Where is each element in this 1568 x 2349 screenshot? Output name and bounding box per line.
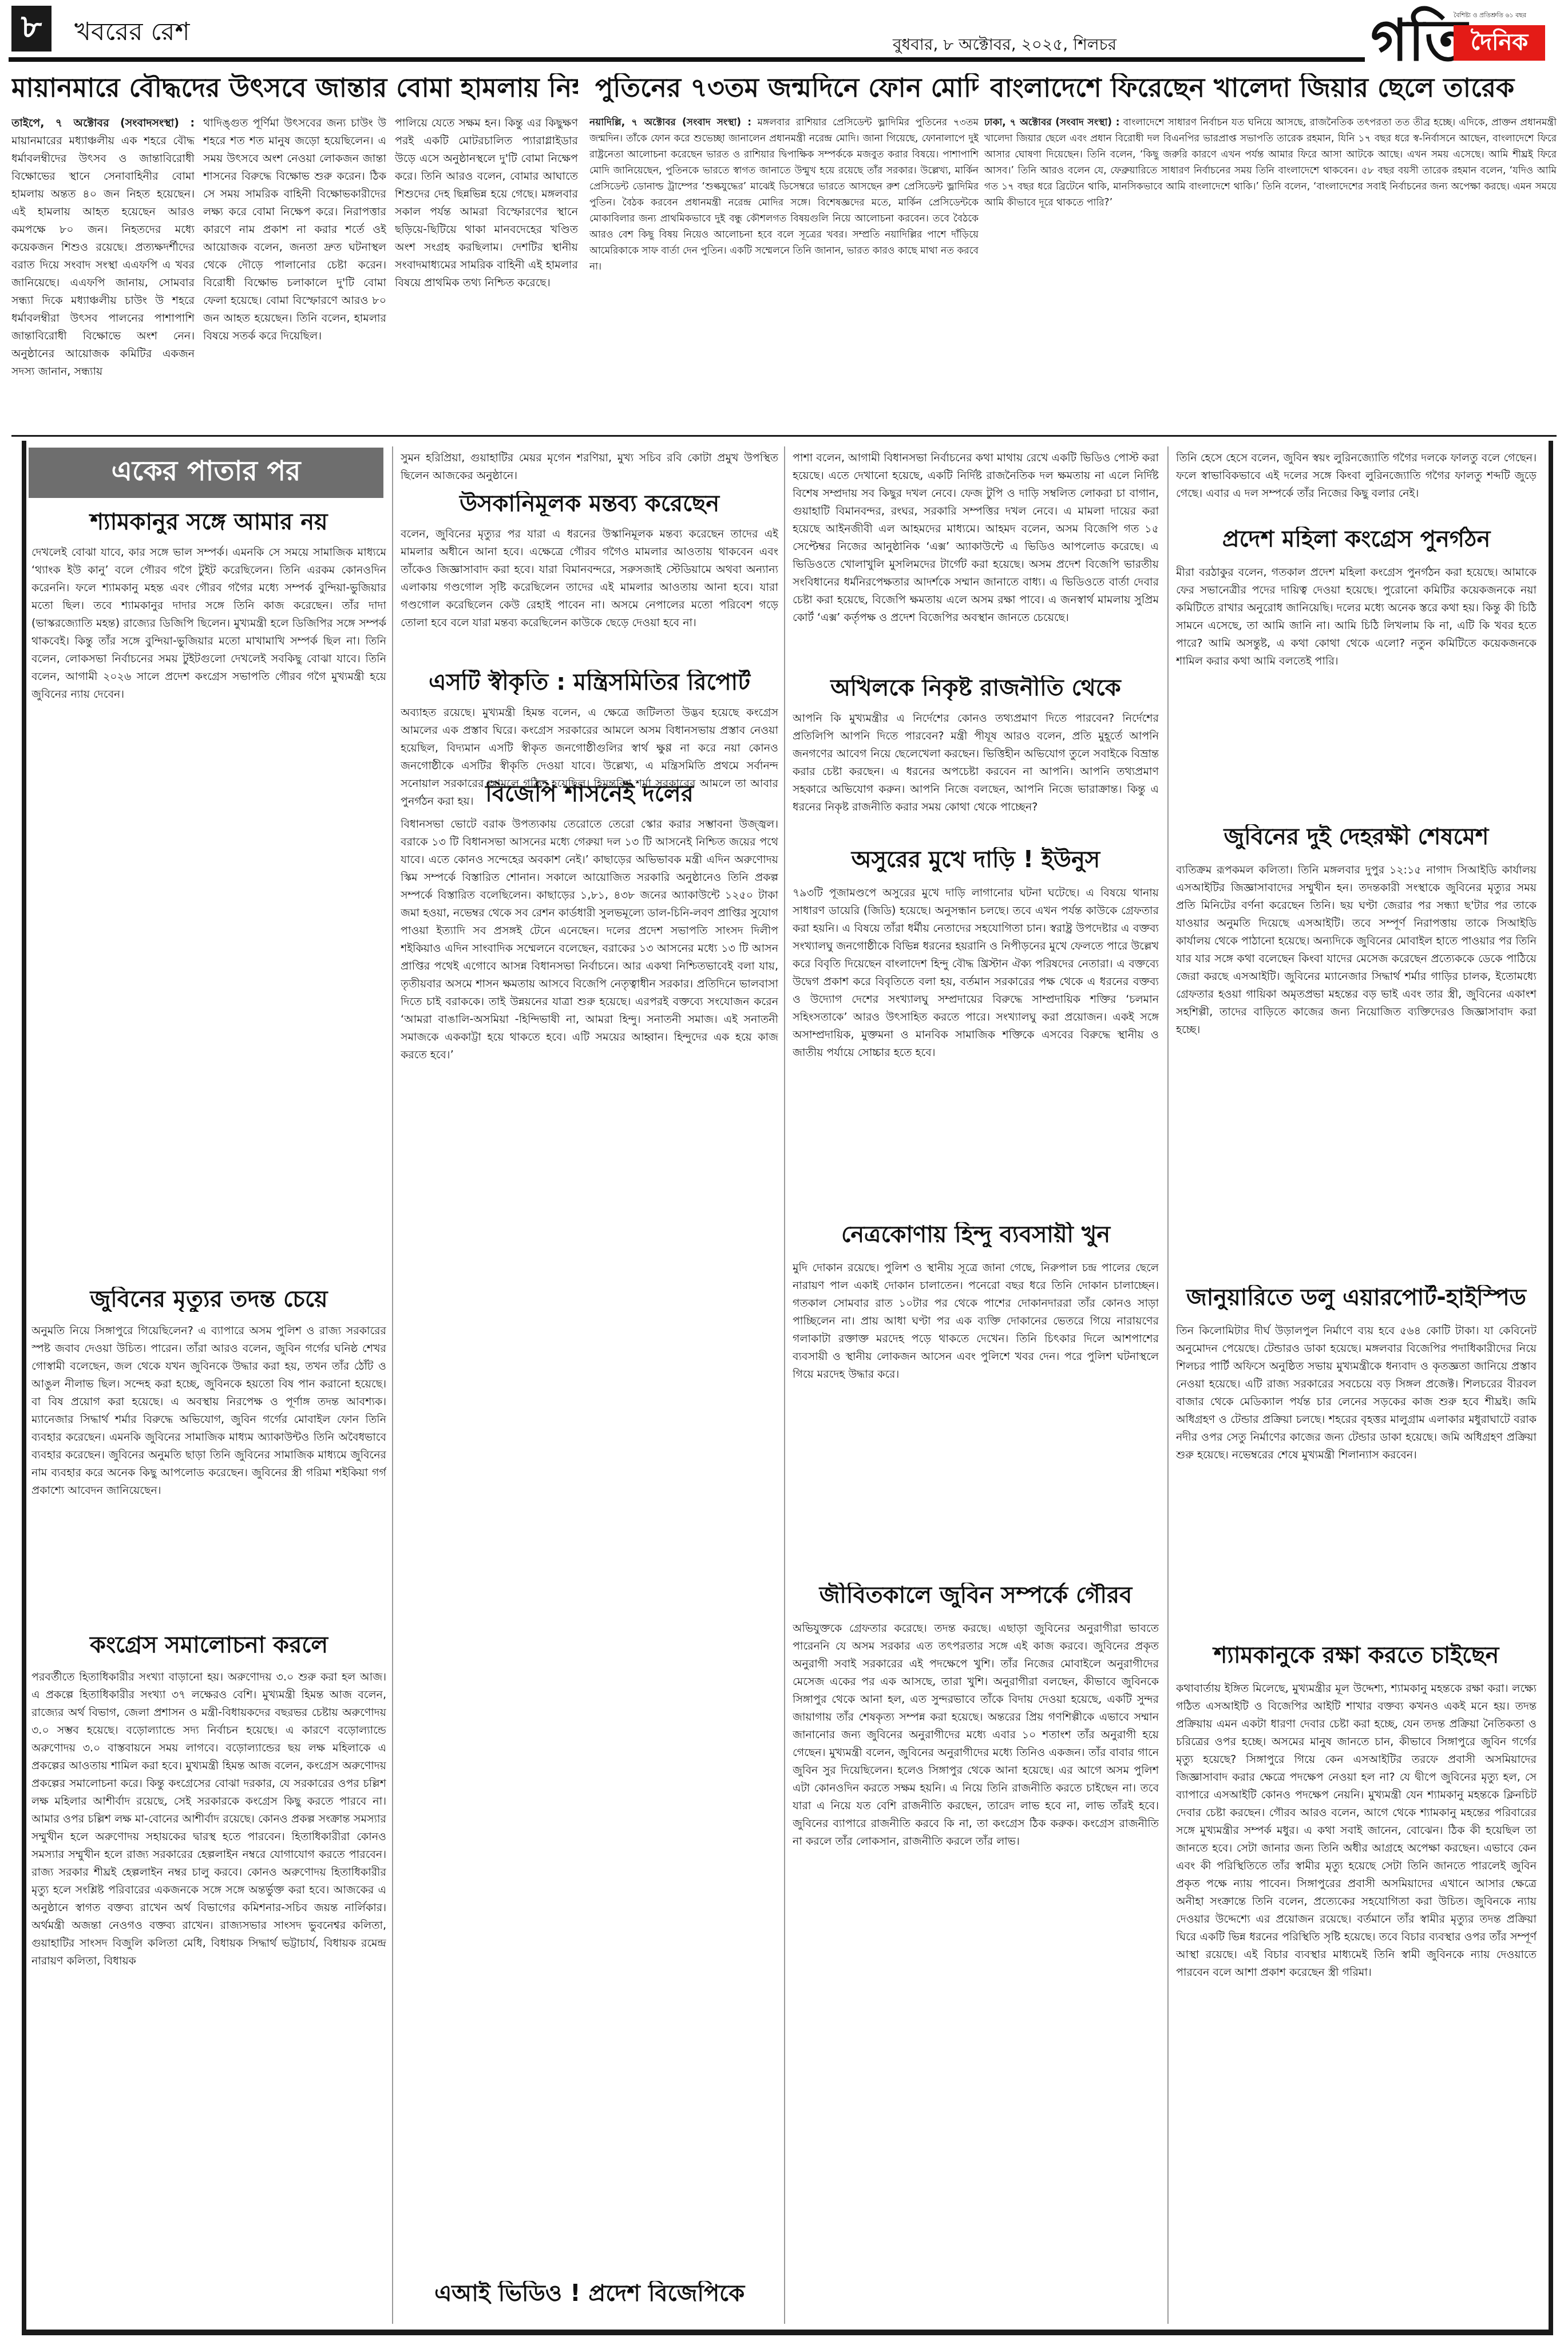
article-shyamkanu: দেখলেই বোঝা যাবে, কার সঙ্গে ভাল সম্পর্ক।… bbox=[31, 544, 386, 1288]
bottom-rule bbox=[22, 2330, 1553, 2335]
page-number: ৮ bbox=[11, 6, 52, 52]
dateline: তাইপে, ৭ অক্টোবর (সংবাদসংস্থা) : bbox=[11, 117, 195, 129]
article-provocative-remarks: বলেন, জুবিনের মৃত্যুর পর যারা এ ধরনের উস… bbox=[401, 525, 778, 669]
article-mahila-congress: মীরা বরঠাকুর বলেন, গতকাল প্রদেশ মহিলা কং… bbox=[1176, 564, 1537, 816]
headline-myanmar: মায়ানমারে বৌদ্ধদের উৎসবে জান্তার বোমা হ… bbox=[11, 73, 578, 102]
article-netrokona: মুদি দোকান রয়েছে। পুলিশ ও স্থানীয় সূত্… bbox=[793, 1259, 1159, 1580]
dateline: ঢাকা, ৭ অক্টোবর (সংবাদ সংস্থা) : bbox=[984, 117, 1120, 128]
headline-bodyguards: জুবিনের দুই দেহরক্ষী শেষমেশ bbox=[1176, 824, 1537, 849]
column-rule bbox=[1167, 446, 1169, 2324]
headline-putin: পুতিনের ৭৩তম জন্মদিনে ফোন মোদির bbox=[595, 73, 979, 102]
headline-zubeen-probe: জুবিনের মৃত্যুর তদন্ত চেয়ে bbox=[31, 1287, 386, 1312]
headline-asura-beard: অসুরের মুখে দাড়ি ! ইউনুস bbox=[793, 847, 1159, 872]
headline-protect-shyamkanu: শ্যামকানুকে রক্ষা করতে চাইছেন bbox=[1176, 1643, 1537, 1668]
article-text: মায়ানমারের মধ্যাঞ্চলীয় এক শহরে বৌদ্ধ ধ… bbox=[11, 135, 195, 378]
article-continued-top: সুমন হরিপ্রিয়া, গুয়াহাটির মেয়র মৃগেন … bbox=[401, 449, 778, 486]
article-text: মঙ্গলবার রাশিয়ার প্রেসিডেন্ট ভ্লাদিমির … bbox=[589, 117, 979, 272]
article-lurinjyoti: তিনি হেসে হেসে বলেন, জুবিন স্বয়ং লুরিনজ… bbox=[1176, 449, 1537, 524]
headline-congress-criticism: কংগ্রেস সমালোচনা করলে bbox=[31, 1632, 386, 1658]
article-bodyguards: ব্যতিক্রম রূপকমল কলিতা। তিনি মঙ্গলবার দু… bbox=[1176, 861, 1537, 1279]
dateline: নয়াদিল্লি, ৭ অক্টোবর (সংবাদ সংস্থা) : bbox=[589, 117, 751, 128]
headline-netrokona: নেত্রকোণায় হিন্দু ব্যবসায়ী খুন bbox=[793, 1222, 1159, 1247]
article-text: বাংলাদেশে সাধারণ নির্বাচন যত ঘনিয়ে আসছে… bbox=[984, 117, 1557, 208]
article-asura-beard: ৭৯৩টি পূজামণ্ডপে অসুরের মুখে দাড়ি লাগান… bbox=[793, 884, 1159, 1216]
section-divider bbox=[11, 435, 1557, 437]
article-putin: নয়াদিল্লি, ৭ অক্টোবর (সংবাদ সংস্থা) : ম… bbox=[589, 114, 979, 424]
article-akhil: আপনি কি মুখ্যমন্ত্রীর এ নির্দেশের কোনও ত… bbox=[793, 710, 1159, 841]
headline-provocative-remarks: উসকানিমূলক মন্তব্য করেছেন bbox=[401, 491, 778, 516]
article-myanmar-col3: পালিয়ে যেতে সক্ষম হন। কিন্তু এর কিছুক্ষ… bbox=[395, 114, 578, 424]
headline-dolu-airport: জানুয়ারিতে ডলু এয়ারপোর্ট-হাইস্পিড bbox=[1176, 1285, 1537, 1310]
article-gaurav-on-zubeen: অভিযুক্তকে গ্রেফতার করেছে। তদন্ত করছে। এ… bbox=[793, 1620, 1159, 2321]
article-bjp-rule: বিধানসভা ভোটে বরাক উপত্যকায় তেরোতে তেরো… bbox=[401, 816, 778, 2252]
column-rule bbox=[784, 446, 785, 2324]
article-myanmar-col2: থাদিঙ্গুত পূর্ণিমা উৎসবের জন্য চাউং উ শহ… bbox=[203, 114, 386, 424]
article-protect-shyamkanu: কথাবার্তায় ইঙ্গিত মিলেছে, মুখ্যমন্ত্রীর… bbox=[1176, 1680, 1537, 2321]
headline-akhil: অখিলকে নিকৃষ্ট রাজনীতি থেকে bbox=[793, 675, 1159, 701]
article-congress-criticism: পরবর্তীতে হিতাধিকারীর সংখ্যা বাড়ানো হয়… bbox=[31, 1668, 386, 2321]
issue-date: বুধবার, ৮ অক্টোবর, ২০২৫, শিলচর bbox=[893, 32, 1116, 59]
section-title: খবরের রেশ bbox=[74, 13, 190, 54]
headline-shyamkanu: শ্যামকানুর সঙ্গে আমার নয় bbox=[31, 509, 386, 535]
logo-tagline: বৈশিষ্ট্য ও প্রতিশ্রুতি ৬১ বছর bbox=[1454, 10, 1551, 21]
article-ai-video-cont: পাশা বলেন, আগামী বিধানসভা নির্বাচনের কথা… bbox=[793, 449, 1159, 675]
continued-banner: একের পাতার পর bbox=[29, 448, 383, 498]
article-dolu-airport: তিন কিলোমিটার দীর্ঘ উড়ালপুল নির্মাণে ব্… bbox=[1176, 1322, 1537, 1643]
headline-mahila-congress: প্রদেশ মহিলা কংগ্রেস পুনর্গঠন bbox=[1176, 527, 1537, 552]
headline-tarek: বাংলাদেশে ফিরেছেন খালেদা জিয়ার ছেলে তার… bbox=[990, 73, 1557, 102]
column-rule bbox=[392, 446, 393, 2324]
article-myanmar-col1: তাইপে, ৭ অক্টোবর (সংবাদসংস্থা) : মায়ানম… bbox=[11, 114, 195, 424]
logo-badge: দৈনিক bbox=[1454, 25, 1545, 61]
newspaper-logo: গতি bbox=[1371, 6, 1451, 74]
headline-st-recognition: এসটি স্বীকৃতি : মন্ত্রিসমিতির রিপোর্ট bbox=[401, 670, 778, 695]
masthead-rule bbox=[9, 57, 1365, 62]
headline-ai-video: এআই ভিডিও ! প্রদেশ বিজেপিকে bbox=[401, 2281, 778, 2306]
article-tarek: ঢাকা, ৭ অক্টোবর (সংবাদ সংস্থা) : বাংলাদে… bbox=[984, 114, 1557, 424]
headline-bjp-rule: বিজেপি শাসনেই দলের bbox=[401, 781, 778, 806]
headline-gaurav-on-zubeen: জীবিতকালে জুবিন সম্পর্কে গৌরব bbox=[793, 1583, 1159, 1608]
